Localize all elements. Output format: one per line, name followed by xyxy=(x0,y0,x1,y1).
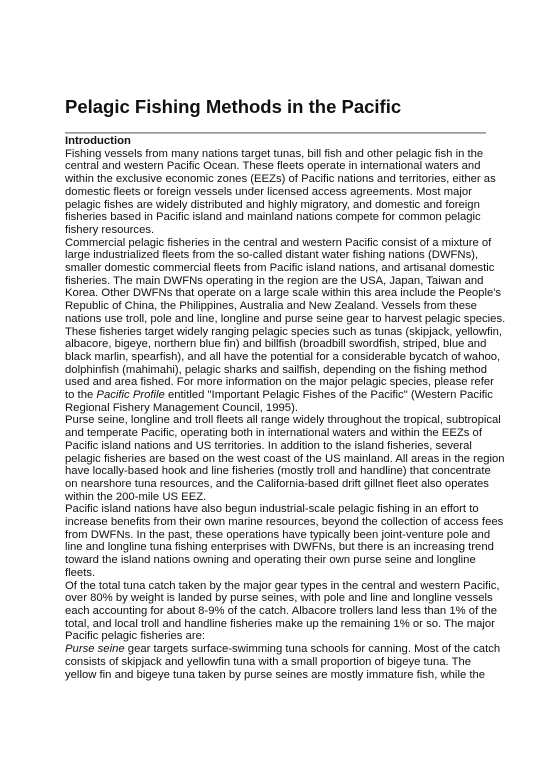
paragraph-line: pelagic fishes are widely distributed an… xyxy=(65,199,495,212)
paragraph-line: total, and local troll and handline fish… xyxy=(65,618,495,631)
italic-term: Pacific Profile xyxy=(96,389,164,401)
paragraph-line: over 80% by weight is landed by purse se… xyxy=(65,592,495,605)
paragraph-line: black marlin, spearfish), and all have t… xyxy=(65,351,495,364)
paragraph-line: nations use troll, pole and line, longli… xyxy=(65,313,495,326)
paragraph-line: pelagic fisheries are based on the west … xyxy=(65,453,495,466)
paragraph-line: used and area fished. For more informati… xyxy=(65,376,495,389)
paragraph-line: Korea. Other DWFNs that operate on a lar… xyxy=(65,287,495,300)
paragraph-line: Regional Fishery Management Council, 199… xyxy=(65,402,495,415)
paragraph-line: domestic fleets or foreign vessels under… xyxy=(65,186,495,199)
paragraph-line: These fisheries target widely ranging pe… xyxy=(65,326,495,339)
paragraph-line: smaller domestic commercial fleets from … xyxy=(65,262,495,275)
paragraph-line: Pacific pelagic fisheries are: xyxy=(65,630,495,643)
paragraph-line: fisheries. The main DWFNs operating in t… xyxy=(65,275,495,288)
paragraph-line: toward the island nations owning and ope… xyxy=(65,554,495,567)
paragraph-line: Republic of China, the Philippines, Aust… xyxy=(65,300,495,313)
paragraph-line: Of the total tuna catch taken by the maj… xyxy=(65,580,495,593)
paragraph-line: yellow fin and bigeye tuna taken by purs… xyxy=(65,669,495,682)
paragraph-line: increase benefits from their own marine … xyxy=(65,516,495,529)
paragraph-line: from DWFNs. In the past, these operation… xyxy=(65,529,495,542)
paragraph-line: Purse seine, longline and troll fleets a… xyxy=(65,414,495,427)
paragraph-line: fishery resources. xyxy=(65,224,495,237)
line-text: to the xyxy=(65,389,96,401)
paragraph-line: Purse seine gear targets surface-swimmin… xyxy=(65,643,495,656)
paragraph-line: and temperate Pacific, operating both in… xyxy=(65,427,495,440)
introduction-body: Fishing vessels from many nations target… xyxy=(65,148,495,682)
line-text: entitled "Important Pelagic Fishes of th… xyxy=(165,389,493,401)
paragraph-line: Commercial pelagic fisheries in the cent… xyxy=(65,237,495,250)
line-text: gear targets surface-swimming tuna schoo… xyxy=(125,643,500,655)
paragraph-line: have locally-based hook and line fisheri… xyxy=(65,465,495,478)
paragraph-line: within the exclusive economic zones (EEZ… xyxy=(65,173,495,186)
paragraph-line: Pacific island nations and US territorie… xyxy=(65,440,495,453)
title-divider xyxy=(65,132,486,134)
paragraph-line: fleets. xyxy=(65,567,495,580)
document-title: Pelagic Fishing Methods in the Pacific xyxy=(65,96,401,118)
section-heading-introduction: Introduction xyxy=(65,135,131,148)
paragraph-line: Fishing vessels from many nations target… xyxy=(65,148,495,161)
paragraph-line: albacore, bigeye, northern blue fin) and… xyxy=(65,338,495,351)
paragraph-line: dolphinfish (mahimahi), pelagic sharks a… xyxy=(65,364,495,377)
paragraph-line: on nearshore tuna resources, and the Cal… xyxy=(65,478,495,491)
paragraph-line: to the Pacific Profile entitled "Importa… xyxy=(65,389,495,402)
paragraph-line: consists of skipjack and yellowfin tuna … xyxy=(65,656,495,669)
paragraph-line: each accounting for about 8-9% of the ca… xyxy=(65,605,495,618)
paragraph-line: fisheries based in Pacific island and ma… xyxy=(65,211,495,224)
paragraph-line: within the 200-mile US EEZ. xyxy=(65,491,495,504)
paragraph-line: large industrialized fleets from the so-… xyxy=(65,249,495,262)
paragraph-line: line and longline tuna fishing enterpris… xyxy=(65,541,495,554)
paragraph-line: Pacific island nations have also begun i… xyxy=(65,503,495,516)
italic-term: Purse seine xyxy=(65,643,125,655)
paragraph-line: central and western Pacific Ocean. These… xyxy=(65,160,495,173)
